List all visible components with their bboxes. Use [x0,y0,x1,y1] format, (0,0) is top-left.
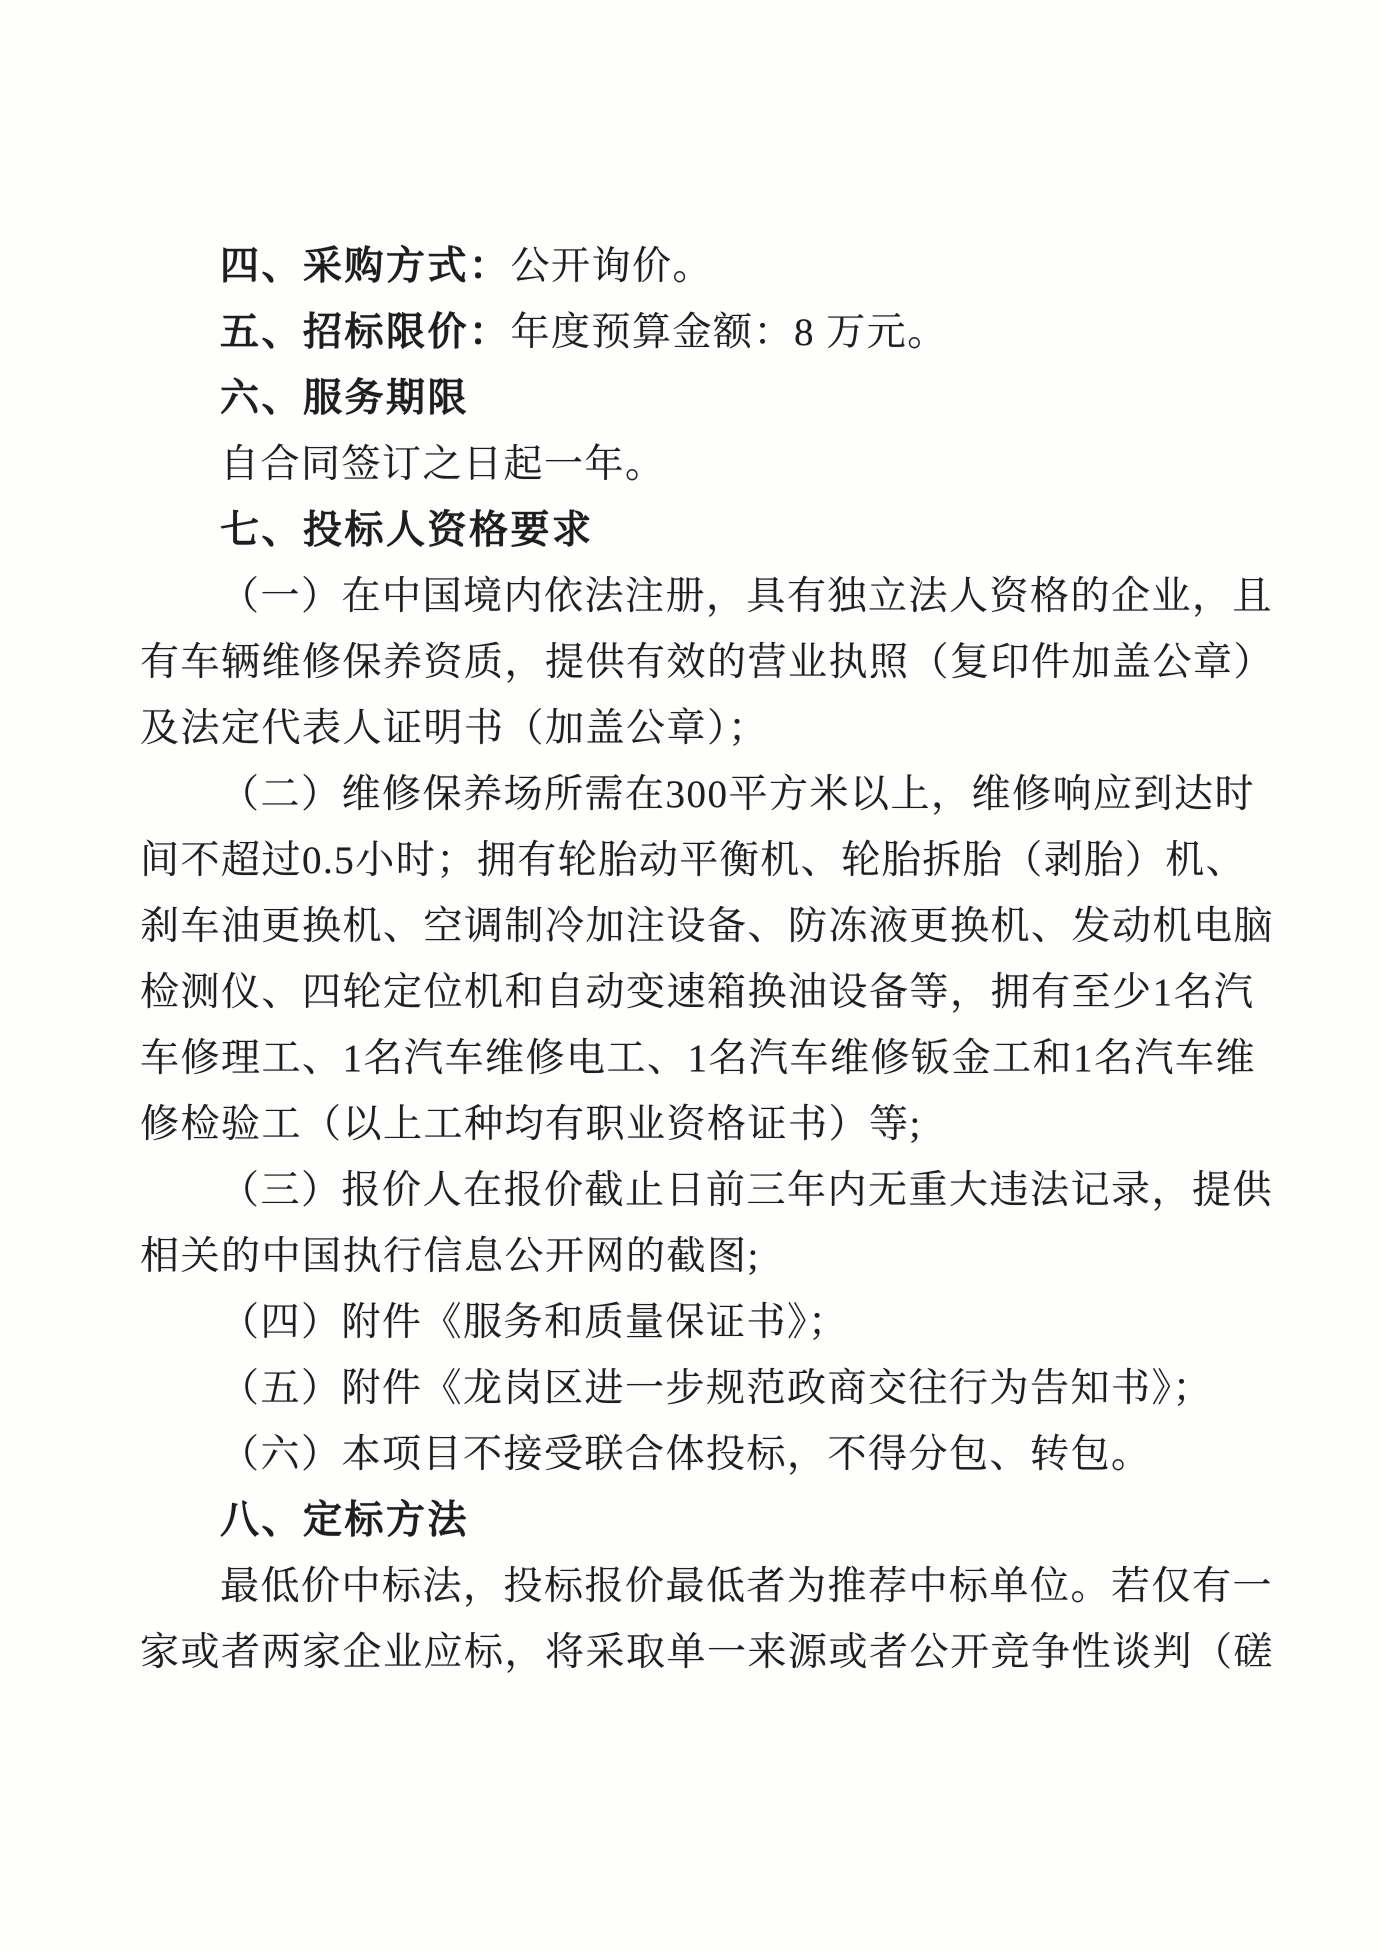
doc-line-award-method-heading: 八、定标方法 [140,1488,1250,1554]
line-text: 年度预算金额：8 万元。 [511,311,948,354]
doc-line-item1-2: 有车辆维修保养资质，提供有效的营业执照（复印件加盖公章） [140,630,1250,696]
doc-line-qualification-heading: 七、投标人资格要求 [140,498,1250,564]
section-heading-label: 四、采购方式： [220,245,511,288]
doc-line-service-term-body: 自合同签订之日起一年。 [140,432,1250,498]
line-text: 间不超过0.5小时；拥有轮胎动平衡机、轮胎拆胎（剥胎）机、 [140,839,1246,882]
line-text: （一）在中国境内依法注册，具有独立法人资格的企业，且 [220,575,1273,618]
doc-line-award-method-2: 家或者两家企业应标，将采取单一来源或者公开竞争性谈判（磋 [140,1620,1250,1686]
doc-line-item2-4: 检测仪、四轮定位机和自动变速箱换油设备等，拥有至少1名汽 [140,960,1250,1026]
line-text: （五）附件《龙岗区进一步规范政商交往行为告知书》； [220,1367,1213,1410]
doc-line-item2-1: （二）维修保养场所需在300平方米以上，维修响应到达时 [140,762,1250,828]
document-body: 四、采购方式：公开询价。 五、招标限价：年度预算金额：8 万元。 六、服务期限 … [140,234,1250,1686]
doc-line-service-term-heading: 六、服务期限 [140,366,1250,432]
document-page: 四、采购方式：公开询价。 五、招标限价：年度预算金额：8 万元。 六、服务期限 … [0,0,1380,1951]
line-text: 刹车油更换机、空调制冷加注设备、防冻液更换机、发动机电脑 [140,905,1274,948]
section-heading-label: 八、定标方法 [220,1499,469,1542]
line-text: （二）维修保养场所需在300平方米以上，维修响应到达时 [220,773,1255,816]
doc-line-award-method-1: 最低价中标法，投标报价最低者为推荐中标单位。若仅有一 [140,1554,1250,1620]
section-heading-label: 五、招标限价： [220,311,511,354]
doc-line-item3-1: （三）报价人在报价截止日前三年内无重大违法记录，提供 [140,1158,1250,1224]
line-text: 有车辆维修保养资质，提供有效的营业执照（复印件加盖公章） [140,641,1274,684]
doc-line-item2-3: 刹车油更换机、空调制冷加注设备、防冻液更换机、发动机电脑 [140,894,1250,960]
line-text: 相关的中国执行信息公开网的截图; [140,1235,760,1278]
line-text: 及法定代表人证明书（加盖公章）； [140,707,769,750]
doc-line-item5: （五）附件《龙岗区进一步规范政商交往行为告知书》； [140,1356,1250,1422]
line-text: 检测仪、四轮定位机和自动变速箱换油设备等，拥有至少1名汽 [140,971,1255,1014]
line-text: 车修理工、1名汽车维修电工、1名汽车维修钣金工和1名汽车维 [140,1037,1256,1080]
line-text: 家或者两家企业应标，将采取单一来源或者公开竞争性谈判（磋 [140,1631,1274,1674]
doc-line-purchase-method: 四、采购方式：公开询价。 [140,234,1250,300]
section-heading-label: 六、服务期限 [220,377,469,420]
doc-line-item6: （六）本项目不接受联合体投标，不得分包、转包。 [140,1422,1250,1488]
line-text: 自合同签订之日起一年。 [220,443,666,486]
doc-line-price-limit: 五、招标限价：年度预算金额：8 万元。 [140,300,1250,366]
doc-line-item3-2: 相关的中国执行信息公开网的截图; [140,1224,1250,1290]
line-text: 最低价中标法，投标报价最低者为推荐中标单位。若仅有一 [220,1565,1273,1608]
doc-line-item4: （四）附件《服务和质量保证书》； [140,1290,1250,1356]
line-text: （四）附件《服务和质量保证书》； [220,1301,849,1344]
doc-line-item2-5: 车修理工、1名汽车维修电工、1名汽车维修钣金工和1名汽车维 [140,1026,1250,1092]
doc-line-item1-3: 及法定代表人证明书（加盖公章）； [140,696,1250,762]
doc-line-item1-1: （一）在中国境内依法注册，具有独立法人资格的企业，且 [140,564,1250,630]
doc-line-item2-6: 修检验工（以上工种均有职业资格证书）等; [140,1092,1250,1158]
line-text: 修检验工（以上工种均有职业资格证书）等; [140,1103,922,1146]
section-heading-label: 七、投标人资格要求 [220,509,594,552]
line-text: 公开询价。 [511,245,714,288]
doc-line-item2-2: 间不超过0.5小时；拥有轮胎动平衡机、轮胎拆胎（剥胎）机、 [140,828,1250,894]
line-text: （六）本项目不接受联合体投标，不得分包、转包。 [220,1433,1152,1476]
line-text: （三）报价人在报价截止日前三年内无重大违法记录，提供 [220,1169,1273,1212]
